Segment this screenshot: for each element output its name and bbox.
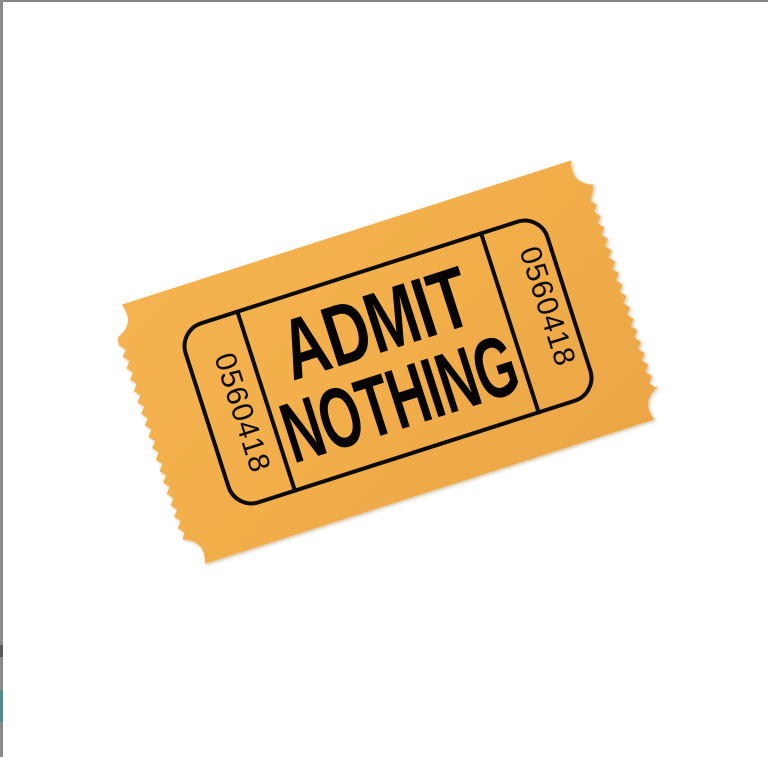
- window-edge-accent: [0, 690, 3, 722]
- window-edge-mark: [0, 645, 3, 657]
- window-frame-left: [0, 0, 3, 757]
- admission-ticket: 0560418 0560418 ADMIT NOTHING: [108, 156, 667, 568]
- window-frame-top: [0, 0, 768, 2]
